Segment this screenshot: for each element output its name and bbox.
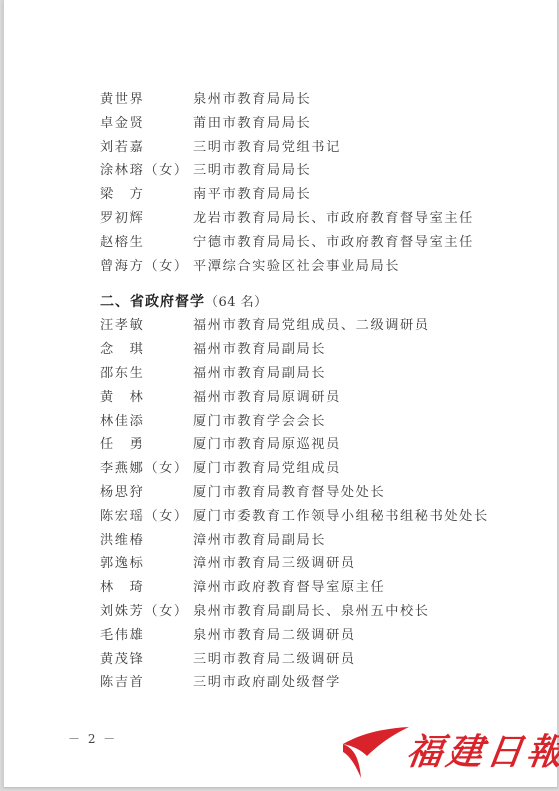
list-item: 任 勇厦门市教育局原巡视员 [100,433,520,457]
person-name: 梁 方 [100,183,144,207]
person-name: 黄世界 [100,88,144,112]
person-name: 邵东生 [100,362,144,386]
person-position: 平潭综合实验区社会事业局局长 [193,255,400,279]
person-name: 念 琪 [100,338,144,362]
list-item: 邵东生福州市教育局副局长 [100,362,520,386]
person-name: 洪维椿 [100,529,144,553]
person-position: 泉州市教育局二级调研员 [193,624,356,648]
person-name: 黄茂锋 [100,648,144,672]
list-item: 汪孝敏福州市教育局党组成员、二级调研员 [100,314,520,338]
person-position: 泉州市教育局副局长、泉州五中校长 [193,600,430,624]
person-name: 黄 林 [100,386,144,410]
section-gap [100,278,520,290]
person-position: 龙岩市教育局局长、市政府教育督导室主任 [193,207,474,231]
person-position: 福州市教育局副局长 [193,362,326,386]
person-position: 厦门市委教育工作领导小组秘书组秘书处处长 [193,505,489,529]
person-position: 福州市教育局党组成员、二级调研员 [193,314,430,338]
person-name: 卓金贤 [100,112,144,136]
list-item: 刘姝芳（女）泉州市教育局副局长、泉州五中校长 [100,600,520,624]
person-position: 漳州市教育局三级调研员 [193,552,356,576]
list-item: 林佳添厦门市教育学会会长 [100,410,520,434]
appointee-list: 黄世界泉州市教育局局长卓金贤莆田市教育局局长刘若嘉三明市教育局党组书记涂林瑢（女… [100,88,520,695]
person-name: 刘若嘉 [100,136,144,160]
person-name: 李燕娜（女） [100,457,189,481]
list-item: 陈宏瑶（女）厦门市委教育工作领导小组秘书组秘书处处长 [100,505,520,529]
list-item: 黄世界泉州市教育局局长 [100,88,520,112]
person-name: 汪孝敏 [100,314,144,338]
person-position: 厦门市教育局教育督导处处长 [193,481,385,505]
person-name: 杨思狩 [100,481,144,505]
person-position: 南平市教育局局长 [193,183,311,207]
person-name: 陈宏瑶（女） [100,505,189,529]
person-name: 林佳添 [100,410,144,434]
section-2-title: 二、省政府督学 [100,294,205,310]
list-item: 陈吉首三明市政府副处级督学 [100,671,520,695]
person-position: 宁德市教育局局长、市政府教育督导室主任 [193,231,474,255]
person-position: 厦门市教育局党组成员 [193,457,341,481]
person-position: 厦门市教育局原巡视员 [193,433,341,457]
person-position: 漳州市教育局副局长 [193,529,326,553]
person-name: 刘姝芳（女） [100,600,189,624]
person-position: 三明市教育局二级调研员 [193,648,356,672]
list-item: 赵榕生宁德市教育局局长、市政府教育督导室主任 [100,231,520,255]
person-position: 莆田市教育局局长 [193,112,311,136]
list-item: 刘若嘉三明市教育局党组书记 [100,136,520,160]
person-position: 福州市教育局副局长 [193,338,326,362]
fujian-daily-watermark: 福建日報 [339,722,559,780]
person-name: 罗初辉 [100,207,144,231]
list-item: 林 琦漳州市政府教育督导室原主任 [100,576,520,600]
list-item: 黄 林福州市教育局原调研员 [100,386,520,410]
list-item: 涂林瑢（女）三明市教育局局长 [100,159,520,183]
section-2-count: （64 名） [205,295,268,310]
list-item: 罗初辉龙岩市教育局局长、市政府教育督导室主任 [100,207,520,231]
person-name: 毛伟雄 [100,624,144,648]
list-item: 毛伟雄泉州市教育局二级调研员 [100,624,520,648]
document-page: 黄世界泉州市教育局局长卓金贤莆田市教育局局长刘若嘉三明市教育局党组书记涂林瑢（女… [3,0,558,787]
list-item: 杨思狩厦门市教育局教育督导处处长 [100,481,520,505]
list-item: 郭逸标漳州市教育局三级调研员 [100,552,520,576]
person-name: 赵榕生 [100,231,144,255]
person-position: 厦门市教育学会会长 [193,410,326,434]
person-position: 三明市政府副处级督学 [193,671,341,695]
list-item: 卓金贤莆田市教育局局长 [100,112,520,136]
list-item: 洪维椿漳州市教育局副局长 [100,529,520,553]
person-name: 郭逸标 [100,552,144,576]
fujian-daily-logo-icon [339,722,409,780]
list-item: 梁 方南平市教育局局长 [100,183,520,207]
list-item: 念 琪福州市教育局副局长 [100,338,520,362]
person-position: 三明市教育局党组书记 [193,136,341,160]
person-name: 任 勇 [100,433,144,457]
page-number: － 2 － [68,730,117,747]
list-item: 李燕娜（女）厦门市教育局党组成员 [100,457,520,481]
person-position: 漳州市政府教育督导室原主任 [193,576,385,600]
watermark-text: 福建日報 [403,724,559,775]
person-position: 福州市教育局原调研员 [193,386,341,410]
section-2-list: 汪孝敏福州市教育局党组成员、二级调研员念 琪福州市教育局副局长邵东生福州市教育局… [100,314,520,695]
section-1-list: 黄世界泉州市教育局局长卓金贤莆田市教育局局长刘若嘉三明市教育局党组书记涂林瑢（女… [100,88,520,278]
person-name: 陈吉首 [100,671,144,695]
list-item: 黄茂锋三明市教育局二级调研员 [100,648,520,672]
person-name: 林 琦 [100,576,144,600]
list-item: 曾海方（女）平潭综合实验区社会事业局局长 [100,255,520,279]
person-position: 三明市教育局局长 [193,159,311,183]
person-name: 曾海方（女） [100,255,189,279]
person-position: 泉州市教育局局长 [193,88,311,112]
person-name: 涂林瑢（女） [100,159,189,183]
section-2-heading: 二、省政府督学（64 名） [100,290,520,314]
